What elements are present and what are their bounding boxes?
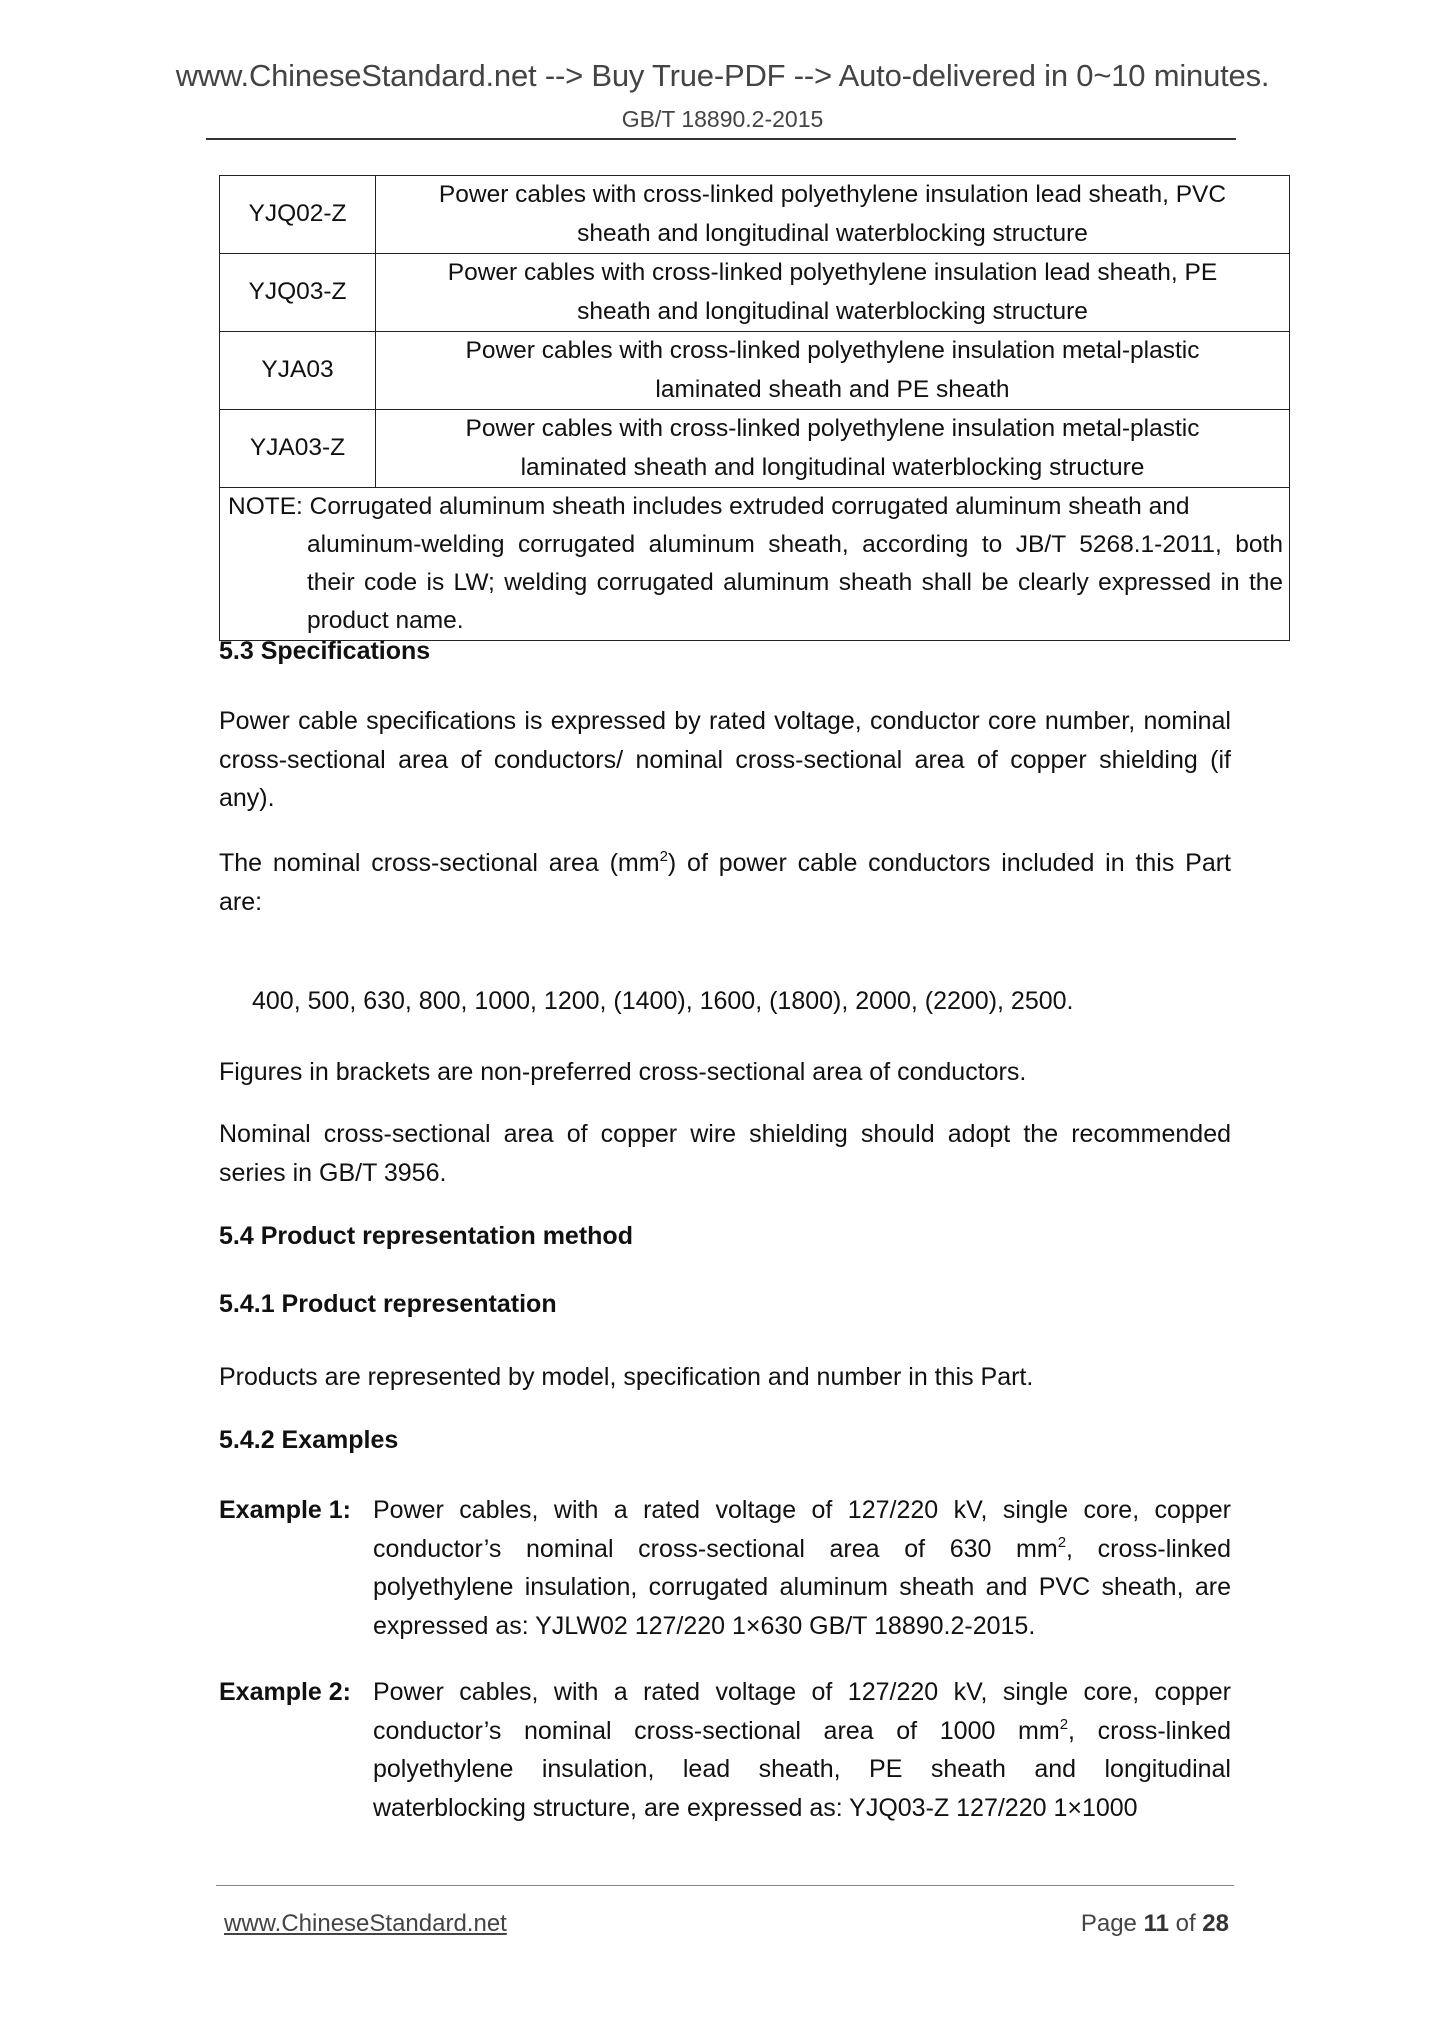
footer-divider xyxy=(216,1885,1234,1886)
description-cell: Power cables with cross-linked polyethyl… xyxy=(376,176,1290,254)
example-text: Power cables, with a rated voltage of 12… xyxy=(373,1491,1231,1645)
table-row: YJA03 Power cables with cross-linked pol… xyxy=(220,332,1290,410)
example-1: Example 1: Power cables, with a rated vo… xyxy=(219,1491,1231,1645)
table-row: YJQ02-Z Power cables with cross-linked p… xyxy=(220,176,1290,254)
representation-paragraph: Products are represented by model, speci… xyxy=(219,1358,1231,1397)
page-number: Page 11 of 28 xyxy=(1081,1910,1229,1938)
description-cell: Power cables with cross-linked polyethyl… xyxy=(376,254,1290,332)
spec-paragraph: Power cable specifications is expressed … xyxy=(219,702,1231,818)
table-row: YJQ03-Z Power cables with cross-linked p… xyxy=(220,254,1290,332)
section-5-3: 5.3 Specifications xyxy=(219,637,1231,666)
heading-5-4-2: 5.4.2 Examples xyxy=(219,1426,1231,1455)
code-cell: YJQ03-Z xyxy=(220,254,376,332)
area-values: 400, 500, 630, 800, 1000, 1200, (1400), … xyxy=(252,982,1264,1021)
header-banner: www.ChineseStandard.net --> Buy True-PDF… xyxy=(0,58,1445,94)
note-label: NOTE: xyxy=(228,493,310,520)
table-row: YJA03-Z Power cables with cross-linked p… xyxy=(220,410,1290,488)
table-note-row: NOTE: Corrugated aluminum sheath include… xyxy=(220,488,1290,641)
area-paragraph: The nominal cross-sectional area (mm2) o… xyxy=(219,844,1231,921)
table-note: NOTE: Corrugated aluminum sheath include… xyxy=(220,488,1290,641)
code-cell: YJQ02-Z xyxy=(220,176,376,254)
heading-5-4: 5.4 Product representation method xyxy=(219,1222,1231,1251)
current-page: 11 xyxy=(1144,1910,1169,1937)
code-cell: YJA03-Z xyxy=(220,410,376,488)
example-2: Example 2: Power cables, with a rated vo… xyxy=(219,1673,1231,1827)
footer-site-link[interactable]: www.ChineseStandard.net xyxy=(224,1910,507,1938)
example-text: Power cables, with a rated voltage of 12… xyxy=(373,1673,1231,1827)
note-first-line: NOTE: Corrugated aluminum sheath include… xyxy=(228,488,1283,526)
heading-5-4-1: 5.4.1 Product representation xyxy=(219,1290,1231,1319)
total-pages: 28 xyxy=(1202,1910,1229,1937)
example-label: Example 1: xyxy=(219,1491,373,1645)
cable-code-table: YJQ02-Z Power cables with cross-linked p… xyxy=(219,175,1290,641)
brackets-paragraph: Figures in brackets are non-preferred cr… xyxy=(219,1053,1231,1092)
note-continuation: aluminum-welding corrugated aluminum she… xyxy=(228,526,1283,640)
document-id: GB/T 18890.2-2015 xyxy=(0,106,1445,133)
shielding-paragraph: Nominal cross-sectional area of copper w… xyxy=(219,1115,1231,1192)
description-cell: Power cables with cross-linked polyethyl… xyxy=(376,332,1290,410)
heading-5-3: 5.3 Specifications xyxy=(219,637,1231,666)
example-label: Example 2: xyxy=(219,1673,373,1827)
code-cell: YJA03 xyxy=(220,332,376,410)
header-divider xyxy=(206,138,1236,140)
description-cell: Power cables with cross-linked polyethyl… xyxy=(376,410,1290,488)
